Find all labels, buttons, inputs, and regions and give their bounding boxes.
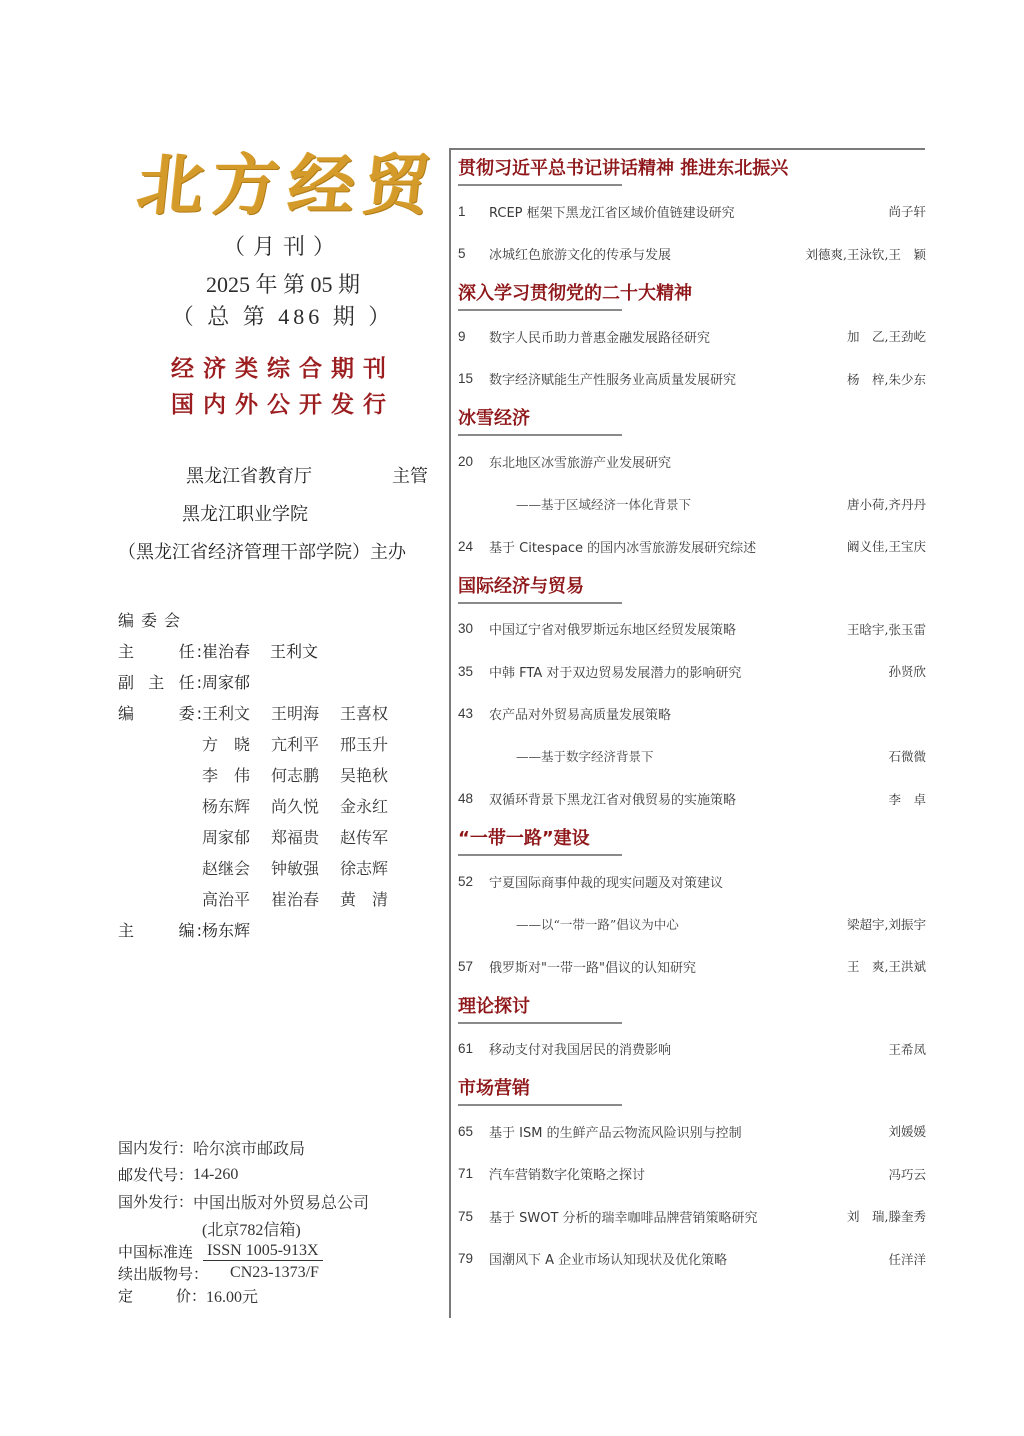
entry-author: 梁超宇,刘振宇: [847, 915, 926, 933]
board-names: 周家郁: [202, 670, 270, 693]
entry-title: 基于 ISM 的生鲜产品云物流风险识别与控制: [489, 1122, 888, 1141]
person-name: 王喜权: [340, 701, 409, 724]
toc-entry[interactable]: 52宁夏国际商事仲裁的现实问题及对策建议: [458, 860, 926, 903]
board-members-row: 方 晓 亢利平 邢玉升: [118, 728, 438, 759]
person-name: 方 晓: [202, 732, 271, 755]
dist-label: 邮发代号：: [118, 1164, 193, 1185]
person-name: 邢玉升: [340, 732, 409, 755]
section-title: 理论探讨: [458, 990, 926, 1022]
entry-title: 中韩 FTA 对于双边贸易发展潜力的影响研究: [489, 662, 888, 681]
entry-author: 王希凤: [888, 1040, 926, 1058]
label-char: 编: [118, 701, 134, 724]
total-issue-number: （ 总 第 486 期 ）: [118, 300, 448, 331]
toc-entry[interactable]: 57俄罗斯对"一带一路"倡议的认知研究王 爽,王洪斌: [458, 945, 926, 988]
person-name: 金永红: [340, 794, 409, 817]
dist-label: 国外发行：: [118, 1191, 193, 1212]
entry-author: 孙贤欣: [888, 662, 926, 680]
toc-entry[interactable]: 43农产品对外贸易高质量发展策略: [458, 693, 926, 736]
entry-title: RCEP 框架下黑龙江省区域价值链建设研究: [489, 202, 888, 221]
board-members-row: 杨东辉 尚久悦 金永红: [118, 790, 438, 821]
board-heading-row: 编委会: [118, 604, 438, 635]
label-char: 主: [118, 639, 134, 662]
entry-page-number: 65: [458, 1124, 489, 1139]
section-divider: [458, 854, 622, 856]
entry-author: 刘德爽,王泳钦,王 颖: [806, 245, 926, 263]
board-names: 高治平 崔治春 黄 清: [202, 887, 409, 910]
section-title: 国际经济与贸易: [458, 570, 926, 602]
toc-entry[interactable]: 65基于 ISM 的生鲜产品云物流风险识别与控制刘媛媛: [458, 1110, 926, 1153]
label-char: 主: [118, 918, 134, 941]
entry-title: 国潮风下 A 企业市场认知现状及优化策略: [489, 1249, 888, 1268]
entry-author: 刘 瑞,滕奎秀: [847, 1207, 926, 1225]
person-name: 尚久悦: [271, 794, 340, 817]
entry-author: 刘媛媛: [888, 1122, 926, 1140]
person-name: 徐志辉: [340, 856, 409, 879]
entry-title: 双循环背景下黑龙江省对俄贸易的实施策略: [489, 789, 888, 808]
issn-block: 中国标准连 ISSN 1005-913X 续出版物号： CN23-1373/F …: [118, 1240, 323, 1306]
person-name: 亢利平: [271, 732, 340, 755]
journal-title-logo: 北 方 经 贸: [138, 142, 430, 228]
board-members-row: 赵继会 钟敏强 徐志辉: [118, 852, 438, 883]
label-char: 主: [148, 670, 164, 693]
title-char: 贸: [359, 142, 434, 228]
toc-entry[interactable]: 5冰城红色旅游文化的传承与发展刘德爽,王泳钦,王 颖: [458, 233, 926, 276]
board-members-row: 高治平 崔治春 黄 清: [118, 883, 438, 914]
issn-number: ISSN 1005-913X: [203, 1242, 323, 1261]
entry-title: 基于 SWOT 分析的瑞幸咖啡品牌营销策略研究: [489, 1207, 847, 1226]
entry-title: 移动支付对我国居民的消费影响: [489, 1039, 888, 1058]
dist-value: (北京782信箱): [202, 1217, 301, 1240]
entry-page-number: 43: [458, 706, 489, 721]
entry-title: 中国辽宁省对俄罗斯远东地区经贸发展策略: [489, 619, 847, 638]
entry-page-number: 75: [458, 1209, 489, 1224]
editorial-board: 编委会 主 任: 崔治春 王利文 副 主 任: 周家郁 编 委: 王利文 王明海…: [118, 604, 438, 945]
person-name: 杨东辉: [202, 918, 250, 941]
toc-entry[interactable]: 24基于 Citespace 的国内冰雪旅游发展研究综述阚义佳,王宝庆: [458, 525, 926, 568]
board-names: 方 晓 亢利平 邢玉升: [202, 732, 409, 755]
entry-page-number: 30: [458, 621, 489, 636]
board-members-row: 李 伟 何志鹏 吴艳秋: [118, 759, 438, 790]
board-members-row: 编 委: 王利文 王明海 王喜权: [118, 697, 438, 728]
entry-author: 王晗宇,张玉雷: [847, 620, 926, 638]
cn-number: CN23-1373/F: [218, 1264, 323, 1282]
entry-page-number: 5: [458, 246, 489, 261]
entry-subtitle: ——基于数字经济背景下: [458, 747, 888, 765]
issue-number: 2025 年 第 05 期: [118, 268, 448, 299]
organizing-body: 黑龙江职业学院: [182, 500, 308, 526]
toc-entry[interactable]: ——以“一带一路”倡议为中心梁超宇,刘振宇: [458, 903, 926, 946]
entry-title: 汽车营销数字化策略之探讨: [489, 1164, 888, 1183]
toc-entry[interactable]: 30中国辽宁省对俄罗斯远东地区经贸发展策略王晗宇,张玉雷: [458, 608, 926, 651]
label-char: 编: [179, 921, 195, 940]
issn-label: 续出版物号：: [118, 1263, 208, 1284]
section-divider: [458, 434, 622, 436]
board-names: 李 伟 何志鹏 吴艳秋: [202, 763, 409, 786]
postal-code-row: 邮发代号： 14-260: [118, 1161, 438, 1188]
toc-entry[interactable]: 15数字经济赋能生产性服务业高质量发展研究杨 梓,朱少东: [458, 358, 926, 401]
entry-page-number: 61: [458, 1041, 489, 1056]
entry-author: 冯巧云: [888, 1165, 926, 1183]
toc-entry[interactable]: 71汽车营销数字化策略之探讨冯巧云: [458, 1153, 926, 1196]
entry-page-number: 9: [458, 329, 489, 344]
section-title: 市场营销: [458, 1072, 926, 1104]
supervising-body: 黑龙江省教育厅: [186, 462, 312, 488]
section-title: 贯彻习近平总书记讲话精神 推进东北振兴: [458, 152, 926, 184]
entry-page-number: 15: [458, 371, 489, 386]
entry-author: 杨 梓,朱少东: [847, 370, 926, 388]
toc-entry[interactable]: 48双循环背景下黑龙江省对俄贸易的实施策略李 卓: [458, 778, 926, 821]
toc-entry[interactable]: 1RCEP 框架下黑龙江省区域价值链建设研究尚子轩: [458, 190, 926, 233]
board-label: 编 委:: [118, 701, 202, 724]
entry-title: 东北地区冰雪旅游产业发展研究: [489, 452, 926, 471]
entry-subtitle: ——基于区域经济一体化背景下: [458, 495, 847, 513]
board-director-row: 主 任: 崔治春 王利文: [118, 635, 438, 666]
toc-entry[interactable]: 35中韩 FTA 对于双边贸易发展潜力的影响研究孙贤欣: [458, 650, 926, 693]
toc-entry[interactable]: ——基于数字经济背景下石微微: [458, 735, 926, 778]
toc-entry[interactable]: 75基于 SWOT 分析的瑞幸咖啡品牌营销策略研究刘 瑞,滕奎秀: [458, 1195, 926, 1238]
entry-page-number: 57: [458, 959, 489, 974]
board-label: 主 任:: [118, 639, 202, 662]
board-names: 王利文 王明海 王喜权: [202, 701, 409, 724]
board-names: 杨东辉: [202, 918, 270, 941]
entry-page-number: 24: [458, 539, 489, 554]
board-label: 主 编:: [118, 918, 202, 941]
board-editor-row: 主 编: 杨东辉: [118, 914, 438, 945]
board-heading: 编委会: [118, 608, 187, 631]
entry-title: 宁夏国际商事仲裁的现实问题及对策建议: [489, 872, 926, 891]
title-char: 方: [209, 142, 284, 228]
person-name: 何志鹏: [271, 763, 340, 786]
board-members-row: 周家郁 郑福贵 赵传军: [118, 821, 438, 852]
entry-author: 唐小荷,齐丹丹: [847, 495, 926, 513]
supervising-role: 主管: [392, 462, 428, 488]
entry-page-number: 48: [458, 791, 489, 806]
dist-label: 国内发行：: [118, 1137, 193, 1158]
person-name: 崔治春: [202, 639, 250, 662]
person-name: 李 伟: [202, 763, 271, 786]
person-name: 崔治春: [271, 887, 340, 910]
price-label: 定: [118, 1285, 176, 1306]
entry-page-number: 79: [458, 1251, 489, 1266]
dist-value: 中国出版对外贸易总公司: [193, 1190, 369, 1213]
board-names: 周家郁 郑福贵 赵传军: [202, 825, 409, 848]
foreign-distribution-address-row: (北京782信箱): [118, 1215, 438, 1242]
entry-author: 任洋洋: [888, 1250, 926, 1268]
person-name: 黄 清: [340, 887, 409, 910]
board-names: 赵继会 钟敏强 徐志辉: [202, 856, 409, 879]
entry-subtitle: ——以“一带一路”倡议为中心: [458, 915, 847, 933]
person-name: 赵传军: [340, 825, 409, 848]
issn-label: 中国标准连: [118, 1241, 193, 1262]
entry-author: 加 乙,王劲屹: [847, 327, 926, 345]
person-name: 郑福贵: [271, 825, 340, 848]
dist-value: 哈尔滨市邮政局: [193, 1136, 305, 1159]
foreign-distribution-row: 国外发行： 中国出版对外贸易总公司: [118, 1188, 438, 1215]
toc-entry[interactable]: 61移动支付对我国居民的消费影响王希凤: [458, 1028, 926, 1071]
board-names: 杨东辉 尚久悦 金永红: [202, 794, 409, 817]
section-divider: [458, 309, 622, 311]
table-of-contents: 贯彻习近平总书记讲话精神 推进东北振兴1RCEP 框架下黑龙江省区域价值链建设研…: [458, 150, 926, 1280]
title-char: 经: [284, 142, 359, 228]
toc-entry[interactable]: 79国潮风下 A 企业市场认知现状及优化策略任洋洋: [458, 1238, 926, 1281]
person-name: 吴艳秋: [340, 763, 409, 786]
toc-entry[interactable]: ——基于区域经济一体化背景下唐小荷,齐丹丹: [458, 483, 926, 526]
entry-page-number: 71: [458, 1166, 489, 1181]
board-label: 副 主 任:: [118, 670, 202, 693]
entry-author: 李 卓: [888, 790, 926, 808]
board-deputy-row: 副 主 任: 周家郁: [118, 666, 438, 697]
section-title: 冰雪经济: [458, 402, 926, 434]
dist-value: 14-260: [193, 1166, 238, 1184]
person-name: 高治平: [202, 887, 271, 910]
section-divider: [458, 184, 622, 186]
board-names: 崔治春 王利文: [202, 639, 338, 662]
person-name: 周家郁: [202, 825, 271, 848]
person-name: 王明海: [271, 701, 340, 724]
domestic-distribution-row: 国内发行： 哈尔滨市邮政局: [118, 1134, 438, 1161]
toc-entry[interactable]: 20东北地区冰雪旅游产业发展研究: [458, 440, 926, 483]
entry-title: 农产品对外贸易高质量发展策略: [489, 704, 926, 723]
person-name: 钟敏强: [271, 856, 340, 879]
person-name: 王利文: [270, 639, 318, 662]
entry-author: 尚子轩: [888, 202, 926, 220]
price-label: 价：: [176, 1285, 206, 1306]
price-value: 16.00元: [206, 1284, 258, 1307]
entry-page-number: 35: [458, 664, 489, 679]
section-title: “一带一路”建设: [458, 822, 926, 854]
entry-author: 阚义佳,王宝庆: [847, 537, 926, 555]
price-row: 定 价： 16.00元: [118, 1284, 323, 1306]
title-char: 北: [133, 142, 208, 228]
entry-author: 石微微: [888, 747, 926, 765]
entry-page-number: 20: [458, 454, 489, 469]
entry-title: 基于 Citespace 的国内冰雪旅游发展研究综述: [489, 537, 847, 556]
distribution-info: 国内发行： 哈尔滨市邮政局 邮发代号： 14-260 国外发行： 中国出版对外贸…: [118, 1134, 438, 1242]
label-char: 委: [179, 704, 195, 723]
person-name: 王利文: [202, 701, 271, 724]
organizing-body-alt: （黑龙江省经济管理干部学院）主办: [118, 538, 406, 564]
entry-page-number: 1: [458, 204, 489, 219]
slogan-journal-type: 经济类综合期刊: [118, 350, 448, 383]
publication-frequency: （月刊）: [118, 230, 448, 261]
section-divider: [458, 1104, 622, 1106]
entry-page-number: 52: [458, 874, 489, 889]
entry-title: 数字经济赋能生产性服务业高质量发展研究: [489, 369, 847, 388]
slogan-distribution: 国内外公开发行: [118, 386, 448, 419]
toc-entry[interactable]: 9数字人民币助力普惠金融发展路径研究加 乙,王劲屹: [458, 315, 926, 358]
label-char: 任: [179, 642, 195, 661]
label-char: 副: [118, 670, 134, 693]
entry-title: 冰城红色旅游文化的传承与发展: [489, 244, 806, 263]
person-name: 赵继会: [202, 856, 271, 879]
entry-title: 俄罗斯对"一带一路"倡议的认知研究: [489, 957, 847, 976]
label-char: 任: [179, 673, 195, 692]
toc-border-left: [449, 148, 451, 1318]
person-name: 周家郁: [202, 670, 250, 693]
entry-title: 数字人民币助力普惠金融发展路径研究: [489, 327, 847, 346]
entry-author: 王 爽,王洪斌: [847, 957, 926, 975]
person-name: 杨东辉: [202, 794, 271, 817]
section-title: 深入学习贯彻党的二十大精神: [458, 277, 926, 309]
